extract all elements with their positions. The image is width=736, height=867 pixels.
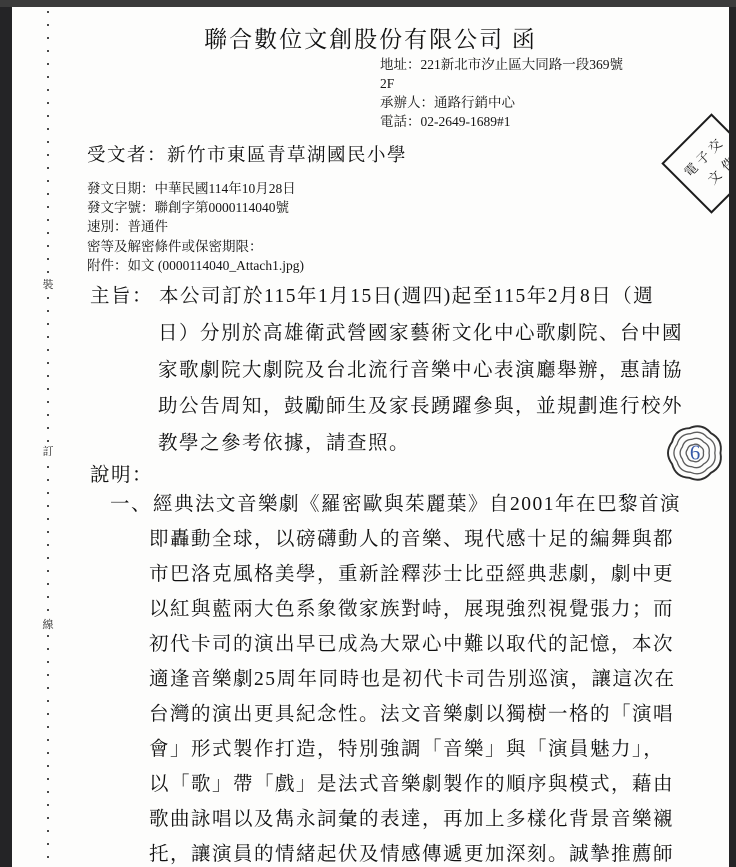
scalloped-seal: 6 bbox=[662, 420, 728, 486]
meta-block: 發文日期：中華民國114年10月28日 發文字號：聯創字第0000114040號… bbox=[87, 179, 304, 275]
description-line: 托，讓演員的情緒起伏及情感傳遞更加深刻。誠摯推薦師 bbox=[149, 837, 681, 867]
binding-dotted-line bbox=[47, 11, 49, 863]
item-number: 一、 bbox=[110, 494, 152, 515]
recipient-line: 受文者：新竹市東區青草湖國民小學 bbox=[87, 141, 407, 167]
subject-line: 家歌劇院大劇院及台北流行音樂中心表演廳舉辦，惠請協 bbox=[158, 353, 683, 390]
sender-address-line2: 2F bbox=[380, 74, 623, 93]
subject-line-text: 本公司訂於115年1月15日(週四)起至115年2月8日（週 bbox=[159, 286, 654, 307]
meta-security-class: 密等及解密條件或保密期限： bbox=[87, 237, 304, 256]
meta-doc-number: 發文字號：聯創字第0000114040號 bbox=[87, 198, 304, 217]
sender-phone: 電話：02-2649-1689#1 bbox=[380, 112, 623, 131]
meta-issue-date: 發文日期：中華民國114年10月28日 bbox=[87, 179, 304, 198]
description-line: 初代卡司的演出早已成為大眾心中難以取代的記憶，本次 bbox=[149, 627, 681, 662]
description-line: 台灣的演出更具紀念性。法文音樂劇以獨樹一格的「演唱 bbox=[149, 697, 681, 732]
binding-mark-ding: 訂 bbox=[39, 442, 57, 462]
meta-attachment: 附件：如文 (0000114040_Attach1.jpg) bbox=[87, 256, 304, 275]
description-line: 即轟動全球，以磅礴動人的音樂、現代感十足的編舞與都 bbox=[149, 522, 681, 557]
document-page: 裝 訂 線 聯合數位文創股份有限公司 函 地址：221新北市汐止區大同路一段36… bbox=[12, 7, 729, 867]
subject-block: 主旨：本公司訂於115年1月15日(週四)起至115年2月8日（週 日）分別於高… bbox=[90, 279, 683, 463]
subject-line: 助公告周知，鼓勵師生及家長踴躍參與，並規劃進行校外 bbox=[158, 389, 683, 426]
sender-info-block: 地址：221新北市汐止區大同路一段369號 2F 承辦人：通路行銷中心 電話：0… bbox=[380, 55, 623, 131]
description-item-1: 一、經典法文音樂劇《羅密歐與茱麗葉》自2001年在巴黎首演 即轟動全球，以磅礴動… bbox=[110, 487, 681, 867]
document-title: 聯合數位文創股份有限公司 函 bbox=[12, 21, 729, 54]
viewer-top-edge bbox=[0, 0, 736, 7]
description-line: 會」形式製作打造，特別強調「音樂」與「演員魅力」， bbox=[149, 732, 681, 767]
description-line: 一、經典法文音樂劇《羅密歐與茱麗葉》自2001年在巴黎首演 bbox=[110, 487, 681, 522]
subject-label: 主旨： bbox=[90, 286, 153, 307]
description-line: 以「歌」帶「戲」是法式音樂劇製作的順序與模式，藉由 bbox=[149, 767, 681, 802]
seal-number: 6 bbox=[690, 443, 700, 465]
description-line-text: 經典法文音樂劇《羅密歐與茱麗葉》自2001年在巴黎首演 bbox=[153, 494, 681, 515]
binding-mark-zhuang: 裝 bbox=[39, 275, 57, 295]
meta-speed-class: 速別：普通件 bbox=[87, 217, 304, 236]
sender-address-line1: 地址：221新北市汐止區大同路一段369號 bbox=[380, 55, 623, 74]
description-label: 說明： bbox=[90, 459, 153, 487]
subject-line: 日）分別於高雄衛武營國家藝術文化中心歌劇院、台中國 bbox=[158, 316, 683, 353]
description-line: 以紅與藍兩大色系象徵家族對峙，展現強烈視覺張力；而 bbox=[149, 592, 681, 627]
description-line: 市巴洛克風格美學，重新詮釋莎士比亞經典悲劇，劇中更 bbox=[149, 557, 681, 592]
binding-mark-xian: 線 bbox=[39, 615, 57, 635]
description-line: 歌曲詠唱以及雋永詞彙的表達，再加上多樣化背景音樂襯 bbox=[149, 802, 681, 837]
description-line: 適逢音樂劇25周年同時也是初代卡司告別巡演，讓這次在 bbox=[149, 662, 681, 697]
subject-line: 主旨：本公司訂於115年1月15日(週四)起至115年2月8日（週 bbox=[90, 279, 683, 316]
electronic-exchange-stamp: 電子交 文件 bbox=[661, 113, 729, 213]
sender-contact-person: 承辦人：通路行銷中心 bbox=[380, 93, 623, 112]
subject-line: 教學之參考依據，請查照。 bbox=[158, 426, 683, 463]
